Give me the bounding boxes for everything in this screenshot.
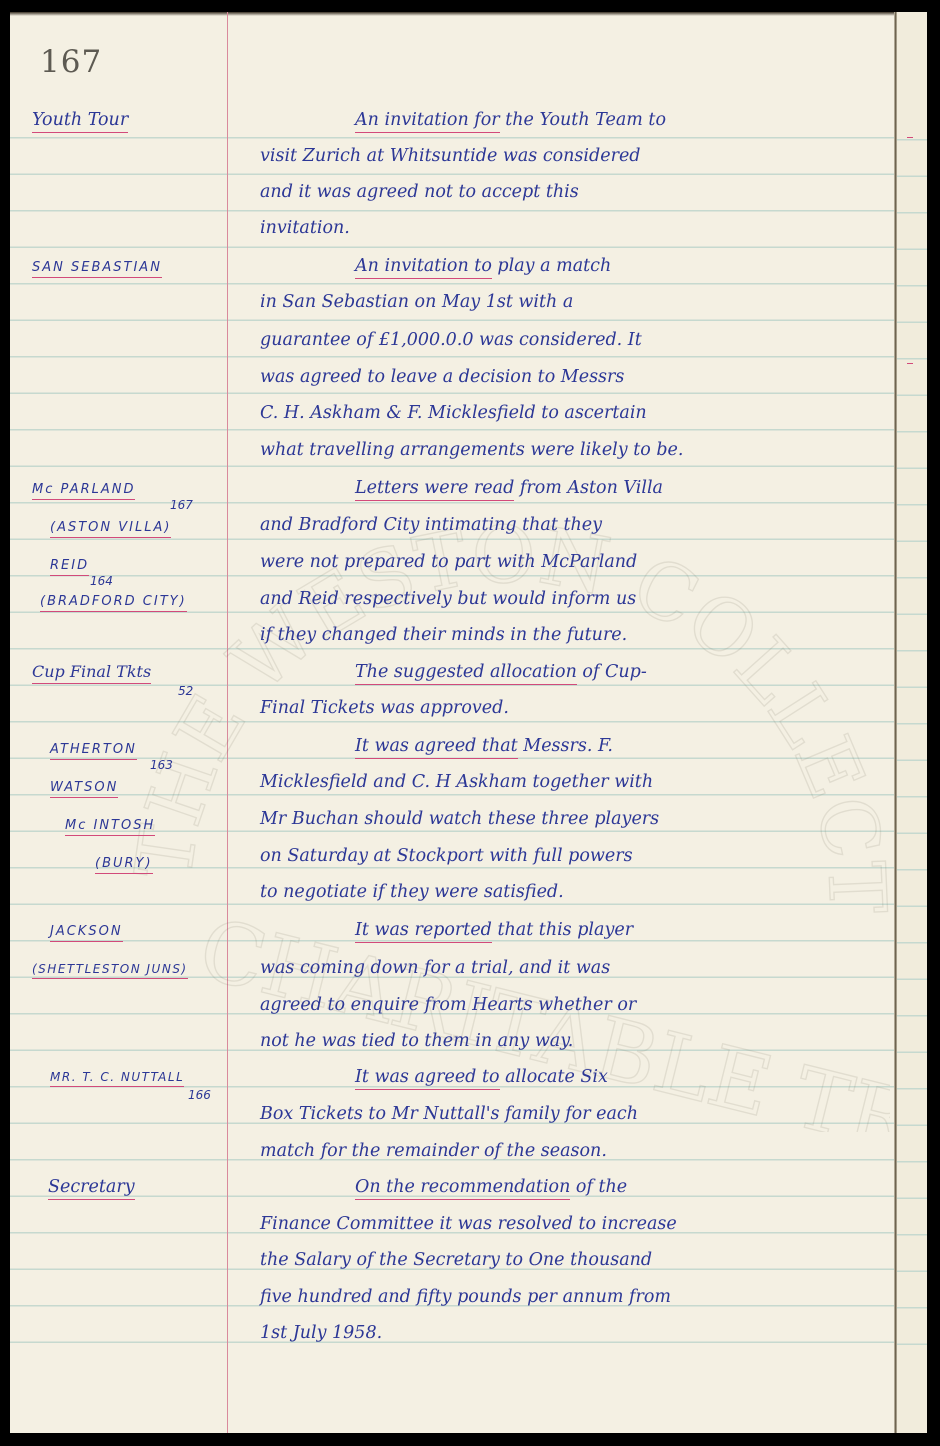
entry-line: The suggested allocation of Cup- — [355, 662, 880, 682]
entry-line: match for the remainder of the season. — [260, 1141, 880, 1161]
entry-line: visit Zurich at Whitsuntide was consider… — [260, 146, 880, 166]
margin-heading-youth-tour: Youth Tour — [32, 110, 128, 130]
underlined-lead-words: An invitation for — [355, 110, 500, 133]
entry-line: the Salary of the Secretary to One thous… — [260, 1250, 880, 1270]
entry-line: was agreed to leave a decision to Messrs — [260, 367, 880, 387]
margin-heading-nuttall: MR. T. C. NUTTALL — [50, 1070, 184, 1084]
entry-line: and it was agreed not to accept this — [260, 182, 880, 202]
entry-line: and Bradford City intimating that they — [260, 515, 880, 535]
margin-heading-mcparland: Mc PARLAND — [32, 482, 135, 497]
entry-line: and Reid respectively but would inform u… — [260, 589, 880, 609]
margin-heading-jackson: JACKSON — [50, 924, 123, 939]
underlined-lead-words: An invitation to — [355, 256, 492, 279]
margin-subheading-club: (SHETTLESTON JUNS) — [32, 962, 188, 976]
entry-line: An invitation for the Youth Team to — [355, 110, 880, 130]
entry-line: Micklesfield and C. H Askham together wi… — [260, 772, 880, 792]
margin-rule — [227, 12, 228, 1433]
margin-heading-secretary: Secretary — [48, 1177, 135, 1197]
entry-line: Final Tickets was approved. — [260, 698, 880, 718]
margin-subheading-club: (BURY) — [95, 856, 153, 871]
underlined-lead-words: The suggested allocation — [355, 662, 577, 685]
minute-reference: 164 — [90, 574, 113, 588]
entry-line: An invitation to play a match — [355, 256, 880, 276]
margin-heading-san-sebastian: SAN SEBASTIAN — [32, 260, 162, 275]
entry-line: in San Sebastian on May 1st with a — [260, 292, 880, 312]
entry-line: Mr Buchan should watch these three playe… — [260, 809, 880, 829]
entry-line: On the recommendation of the — [355, 1177, 880, 1197]
entry-line: It was agreed that Messrs. F. — [355, 736, 880, 756]
entry-line: Finance Committee it was resolved to inc… — [260, 1214, 880, 1234]
entry-line: It was agreed to allocate Six — [355, 1067, 880, 1087]
margin-heading-atherton: ATHERTON — [50, 742, 137, 757]
margin-heading-mcintosh: Mc INTOSH — [65, 818, 155, 833]
entry-line: was coming down for a trial, and it was — [260, 958, 880, 978]
margin-subheading-club: (ASTON VILLA) — [50, 520, 171, 535]
minute-reference: 163 — [150, 758, 173, 772]
minute-reference: 166 — [188, 1088, 211, 1102]
adjacent-page-mark — [907, 116, 913, 138]
entry-line: to negotiate if they were satisfied. — [260, 882, 880, 902]
minute-reference: 52 — [178, 684, 193, 698]
entry-line: not he was tied to them in any way. — [260, 1031, 880, 1051]
entry-line: five hundred and fifty pounds per annum … — [260, 1287, 880, 1307]
entry-line: It was reported that this player — [355, 920, 880, 940]
underlined-lead-words: It was reported — [355, 920, 492, 943]
entry-line: Letters were read from Aston Villa — [355, 478, 880, 498]
ledger-page: THE WESTON COLLECTION CHARITABLE TRUST 1… — [10, 12, 927, 1433]
entry-line: C. H. Askham & F. Micklesfield to ascert… — [260, 403, 880, 423]
entry-line: 1st July 1958. — [260, 1323, 880, 1343]
entry-line: were not prepared to part with McParland — [260, 552, 880, 572]
page-edge-shadow — [10, 12, 927, 16]
entry-line: on Saturday at Stockport with full power… — [260, 846, 880, 866]
entry-line: guarantee of £1,000.0.0 was considered. … — [260, 330, 880, 350]
entry-line: if they changed their minds in the futur… — [260, 625, 880, 645]
entry-line: agreed to enquire from Hearts whether or — [260, 995, 880, 1015]
page-number: 167 — [40, 44, 102, 80]
underlined-lead-words: Letters were read — [355, 478, 514, 501]
underlined-lead-words: It was agreed to — [355, 1067, 500, 1090]
adjacent-page-mark — [907, 342, 913, 364]
margin-heading-watson: WATSON — [50, 780, 118, 795]
minute-reference: 167 — [170, 498, 193, 512]
margin-subheading-club: (BRADFORD CITY) — [40, 594, 187, 609]
margin-heading-reid: REID — [50, 558, 89, 573]
underlined-lead-words: On the recommendation — [355, 1177, 570, 1200]
entry-line: Box Tickets to Mr Nuttall's family for e… — [260, 1104, 880, 1124]
margin-heading-cup-final-tickets: Cup Final Tkts — [32, 662, 151, 681]
entry-line: invitation. — [260, 218, 880, 238]
adjacent-page-edge — [897, 12, 927, 1433]
entry-line: what travelling arrangements were likely… — [260, 440, 880, 460]
underlined-lead-words: It was agreed that — [355, 736, 518, 759]
